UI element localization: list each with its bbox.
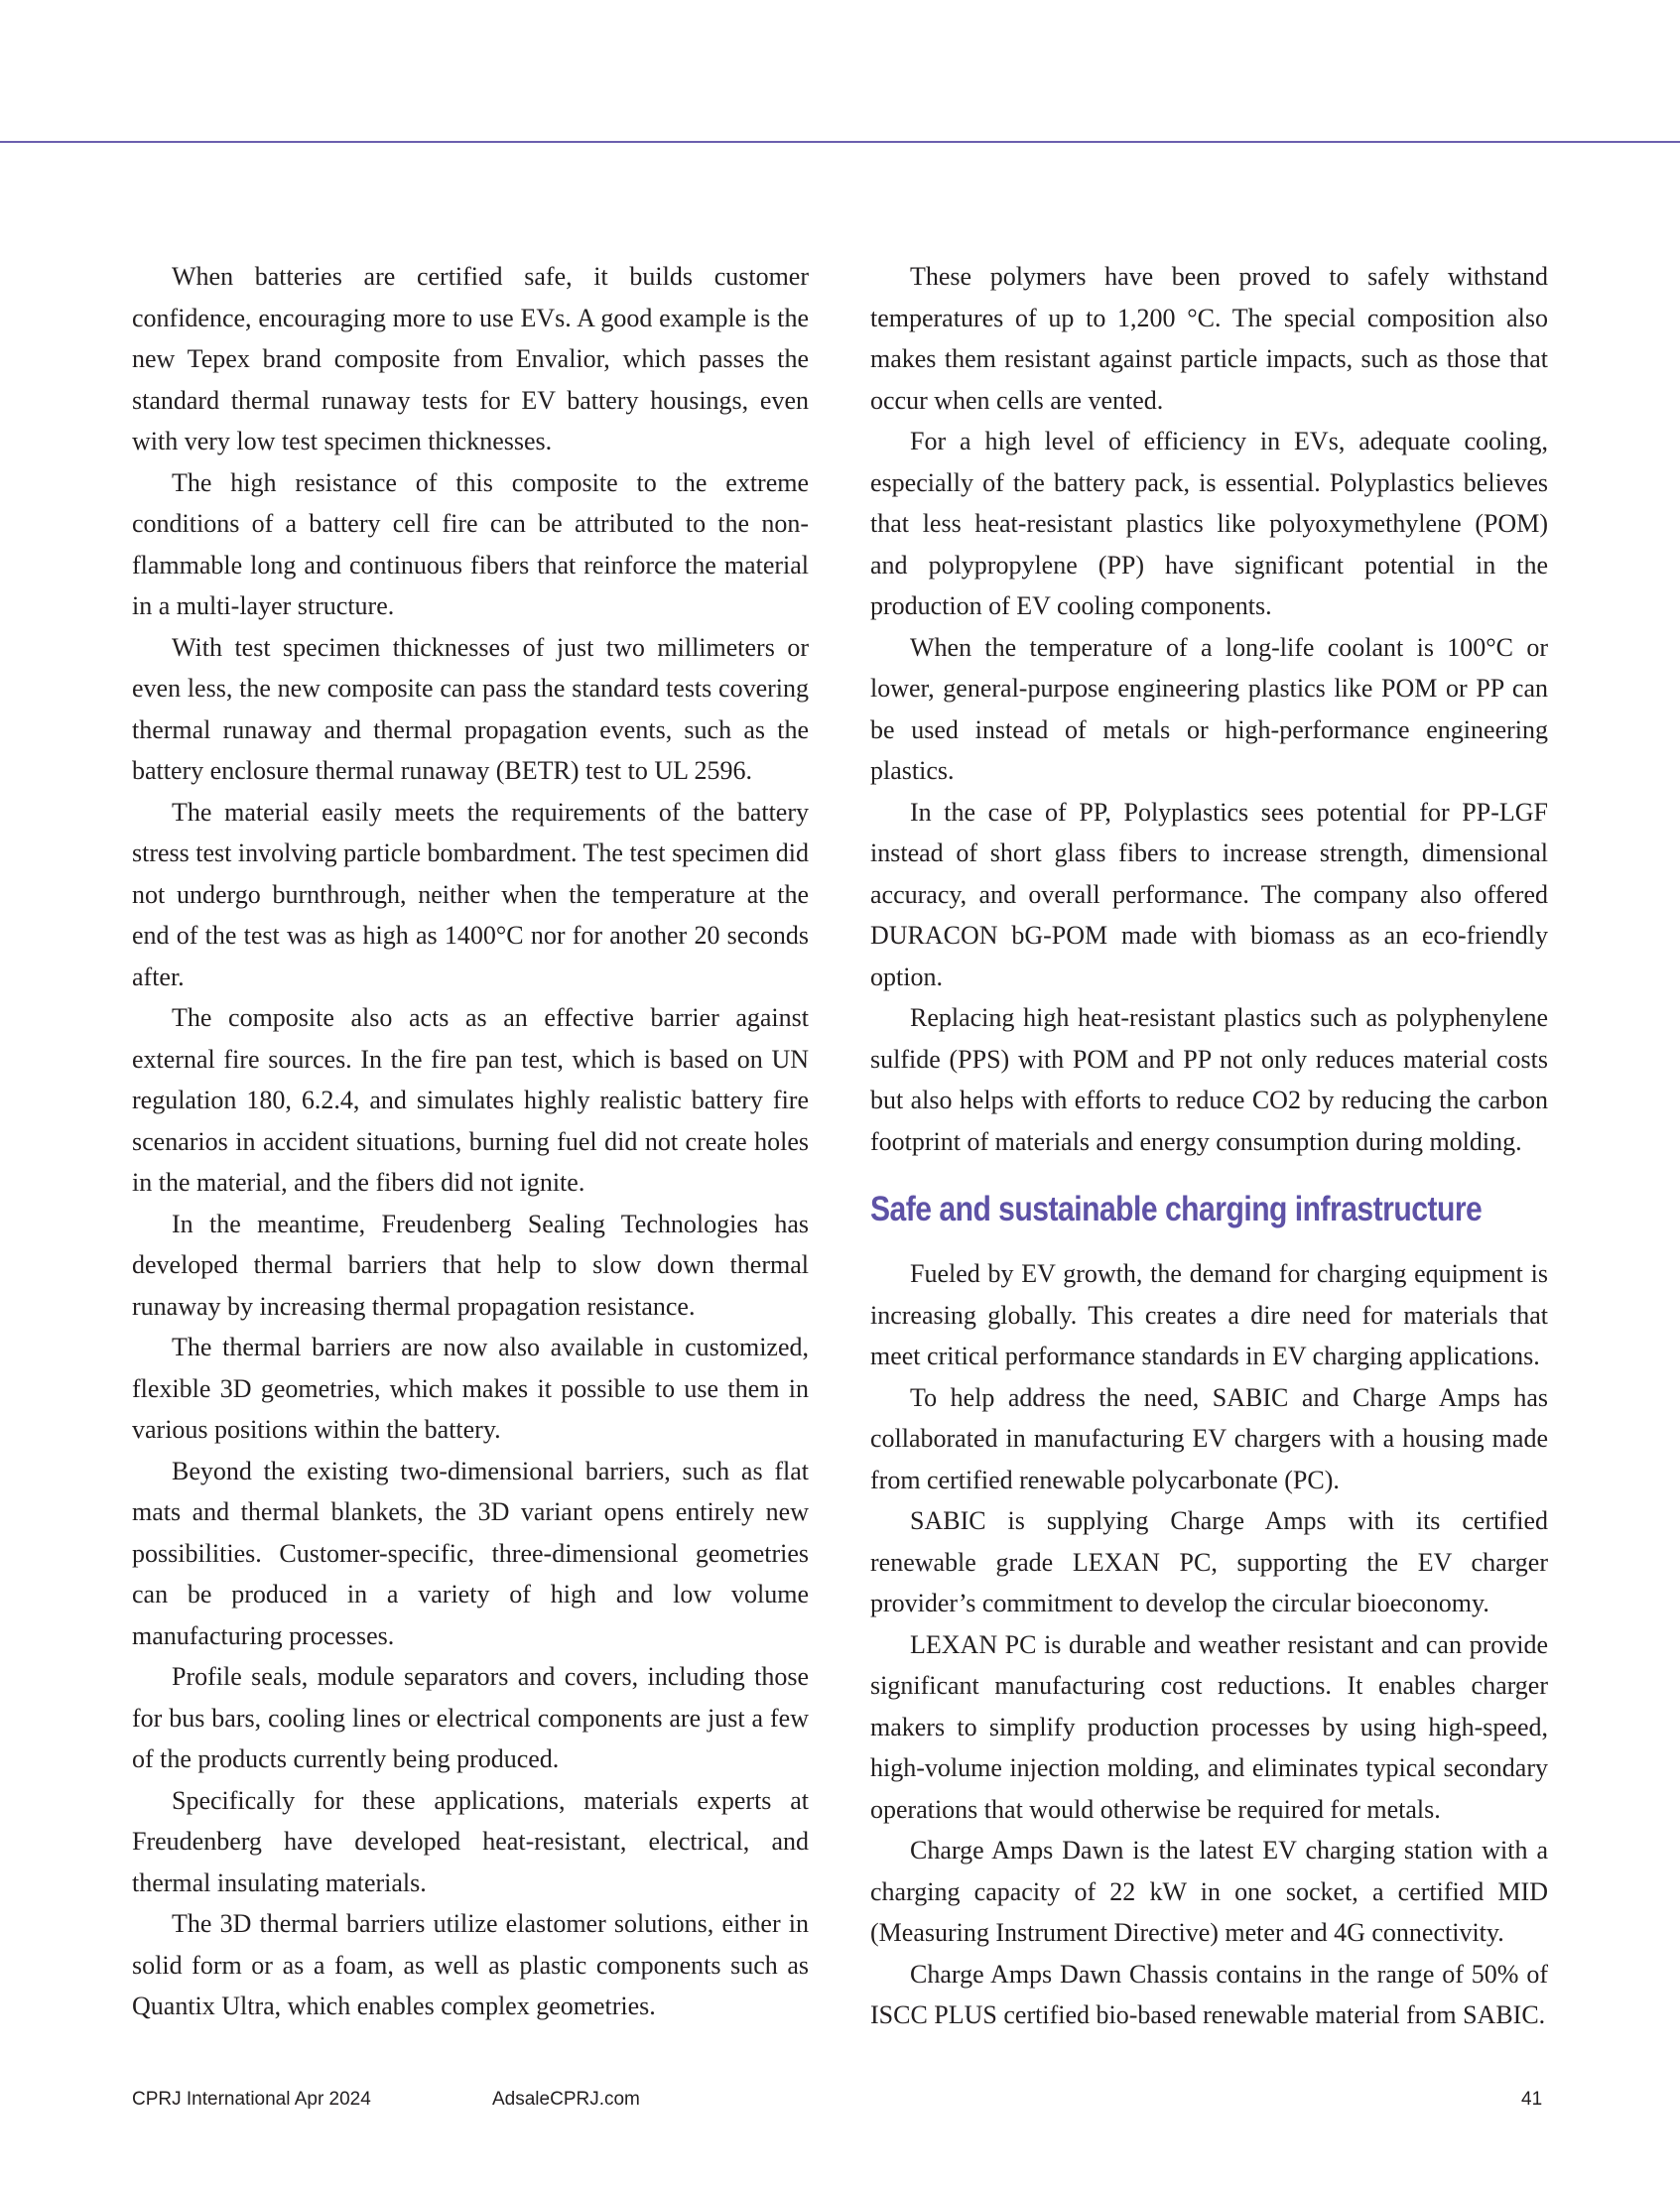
paragraph: For a high level of efficiency in EVs, a… bbox=[870, 421, 1548, 627]
header-rule bbox=[0, 141, 1680, 143]
paragraph: Replacing high heat-resistant plastics s… bbox=[870, 997, 1548, 1162]
paragraph: To help address the need, SABIC and Char… bbox=[870, 1377, 1548, 1501]
paragraph: The high resistance of this composite to… bbox=[132, 462, 809, 627]
left-column: When batteries are certified safe, it bu… bbox=[132, 256, 809, 2027]
paragraph: Fueled by EV growth, the demand for char… bbox=[870, 1253, 1548, 1377]
section-heading: Safe and sustainable charging infrastruc… bbox=[870, 1188, 1453, 1231]
paragraph: With test specimen thicknesses of just t… bbox=[132, 627, 809, 792]
paragraph: When the temperature of a long-life cool… bbox=[870, 627, 1548, 792]
paragraph: Beyond the existing two-dimensional barr… bbox=[132, 1451, 809, 1657]
paragraph: Profile seals, module separators and cov… bbox=[132, 1656, 809, 1780]
page-number: 41 bbox=[1521, 2089, 1542, 2111]
paragraph: Charge Amps Dawn Chassis contains in the… bbox=[870, 1954, 1548, 2036]
paragraph: SABIC is supplying Charge Amps with its … bbox=[870, 1500, 1548, 1624]
paragraph: The 3D thermal barriers utilize elastome… bbox=[132, 1903, 809, 2027]
paragraph: In the meantime, Freudenberg Sealing Tec… bbox=[132, 1204, 809, 1328]
paragraph: The thermal barriers are now also availa… bbox=[132, 1327, 809, 1451]
paragraph: In the case of PP, Polyplastics sees pot… bbox=[870, 792, 1548, 998]
paragraph: Charge Amps Dawn is the latest EV chargi… bbox=[870, 1830, 1548, 1954]
publication-name: CPRJ International Apr 2024 bbox=[132, 2089, 371, 2111]
paragraph: When batteries are certified safe, it bu… bbox=[132, 256, 809, 462]
page-footer: CPRJ International Apr 2024 AdsaleCPRJ.c… bbox=[0, 2089, 1680, 2117]
website-link[interactable]: AdsaleCPRJ.com bbox=[492, 2089, 640, 2111]
paragraph: These polymers have been proved to safel… bbox=[870, 256, 1548, 421]
paragraph: The material easily meets the requiremen… bbox=[132, 792, 809, 998]
paragraph: Specifically for these applications, mat… bbox=[132, 1780, 809, 1904]
right-column: These polymers have been proved to safel… bbox=[870, 256, 1548, 2036]
paragraph: LEXAN PC is durable and weather resistan… bbox=[870, 1624, 1548, 1831]
paragraph: The composite also acts as an effective … bbox=[132, 997, 809, 1204]
